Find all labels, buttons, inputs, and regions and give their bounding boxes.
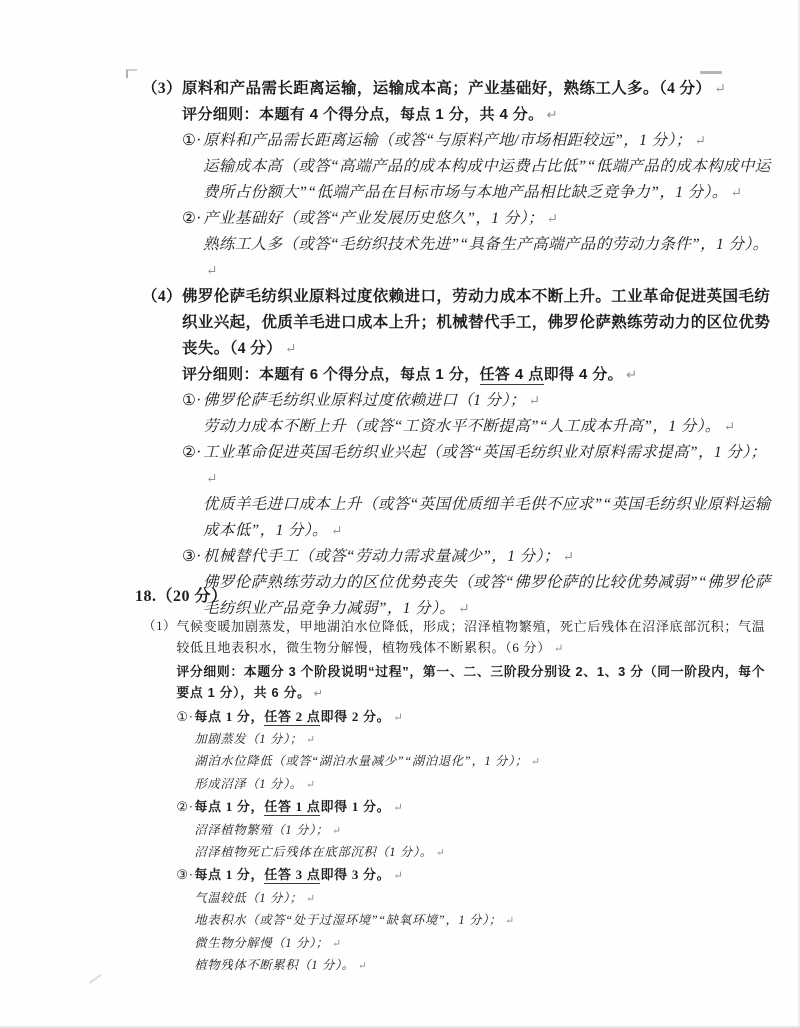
paragraph-mark: ↵ — [436, 847, 445, 859]
stage-3-item-text: 气温较低（1 分）； — [194, 891, 302, 905]
part-3-answer: 原料和产品需长距离运输，运输成本高；产业基础好，熟练工人多。（4 分）↵ — [182, 76, 774, 102]
part-3-point-2: ②· 产业基础好（或答“产业发展历史悠久”，1 分）；↵ 熟练工人多（或答“毛纺… — [182, 206, 774, 284]
stage-2-rule: 每点 1 分，任答 1 点即得 1 分。↵ — [194, 796, 775, 819]
paragraph-mark: ↵ — [563, 549, 574, 564]
part-4-body: 佛罗伦萨毛纺织业原料过度依赖进口，劳动力成本不断上升。工业革命促进英国毛纺织业兴… — [182, 284, 774, 622]
stage-3-item: 植物残体不断累积（1 分）。↵ — [194, 955, 775, 977]
stage-2-item-text: 沼泽植物死亡后残体在底部沉积（1 分）。 — [194, 845, 432, 859]
stage-3-marker: ③· — [176, 864, 194, 977]
point-2-line-b-text: 熟练工人多（或答“毛纺织技术先进”“具备生产高端产品的劳动力条件”，1 分）。 — [203, 236, 768, 253]
point-2-line-a-text: 产业基础好（或答“产业发展历史悠久”，1 分）； — [203, 210, 544, 227]
stage-1-item-text: 形成沼泽（1 分）。 — [194, 777, 302, 791]
stage-1-rule-underline: 任答 2 点 — [264, 709, 320, 726]
part-3-rubric: 评分细则：本题有 4 个得分点，每点 1 分，共 4 分。↵ — [182, 102, 774, 128]
paragraph-mark: ↵ — [332, 938, 341, 950]
stage-2-item-text: 沼泽植物繁殖（1 分）； — [194, 823, 328, 837]
paragraph-mark: ↵ — [547, 107, 558, 122]
point-1-line-a: 佛罗伦萨毛纺织业原料过度依赖进口（1 分）；↵ — [203, 388, 774, 414]
point-1-line-b: 劳动力成本不断上升（或答“工资水平不断提高”“人工成本升高”，1 分）。↵ — [203, 414, 774, 440]
stage-3-item: 气温较低（1 分）；↵ — [194, 888, 775, 910]
stage-2-body: 每点 1 分，任答 1 点即得 1 分。↵ 沼泽植物繁殖（1 分）；↵ 沼泽植物… — [194, 796, 775, 864]
stage-3-rule-underline: 任答 3 点 — [264, 867, 320, 884]
part-3-number: （3） — [142, 76, 182, 284]
paragraph-mark: ↵ — [393, 712, 403, 724]
point-1-line-b-text: 运输成本高（或答“高端产品的成本构成中运费占比低”“低端产品的成本构成中运费所占… — [203, 158, 771, 201]
stage-2-item: 沼泽植物繁殖（1 分）；↵ — [194, 820, 775, 842]
paragraph-mark: ↵ — [306, 893, 315, 905]
stage-2: ②· 每点 1 分，任答 1 点即得 1 分。↵ 沼泽植物繁殖（1 分）；↵ 沼… — [176, 796, 775, 864]
stage-2-marker: ②· — [176, 796, 194, 864]
paragraph-mark: ↵ — [306, 779, 315, 791]
stage-3-rule-post: 即得 3 分。 — [320, 867, 390, 882]
paragraph-mark: ↵ — [626, 367, 637, 382]
stage-2-rule-post: 即得 1 分。 — [320, 799, 390, 814]
paragraph-mark: ↵ — [206, 471, 217, 486]
stage-1-item-text: 加剧蒸发（1 分）； — [194, 732, 302, 746]
scanned-answer-key-page: （3） 原料和产品需长距离运输，运输成本高；产业基础好，熟练工人多。（4 分）↵… — [0, 0, 800, 1028]
point-2-line-b: 优质羊毛进口成本上升（或答“英国优质细羊毛供不应求”“英国毛纺织业原料运输成本低… — [203, 492, 774, 544]
point-2-body: 产业基础好（或答“产业发展历史悠久”，1 分）；↵ 熟练工人多（或答“毛纺织技术… — [203, 206, 774, 284]
point-1-marker: ①· — [182, 388, 203, 440]
part-3: （3） 原料和产品需长距离运输，运输成本高；产业基础好，熟练工人多。（4 分）↵… — [142, 76, 774, 284]
point-1-line-a-text: 佛罗伦萨毛纺织业原料过度依赖进口（1 分）； — [203, 392, 526, 409]
question-18-section: 18.（20 分） （1） 气候变暖加剧蒸发，甲地湖泊水位降低，形成；沼泽植物繁… — [135, 584, 775, 978]
part-4-answer-text: 佛罗伦萨毛纺织业原料过度依赖进口，劳动力成本不断上升。工业革命促进英国毛纺织业兴… — [182, 288, 770, 357]
part-1-rubric: 评分细则：本题分 3 个阶段说明“过程”，第一、二、三阶段分别设 2、1、3 分… — [176, 661, 775, 706]
stage-3: ③· 每点 1 分，任答 3 点即得 3 分。↵ 气温较低（1 分）；↵ 地表积… — [176, 864, 775, 977]
point-1-marker: ①· — [182, 128, 203, 206]
stage-2-rule-pre: 每点 1 分， — [194, 799, 264, 814]
part-4-rubric-post: 即得 4 分。 — [544, 366, 623, 383]
stage-1-item: 湖泊水位降低（或答“湖泊水量减少”“湖泊退化”，1 分）；↵ — [194, 751, 775, 773]
point-1-body: 原料和产品需长距离运输（或答“与原料产地/市场相距较远”，1 分）；↵ 运输成本… — [203, 128, 774, 206]
stage-2-rule-underline: 任答 1 点 — [264, 799, 320, 816]
point-1-line-a: 原料和产品需长距离运输（或答“与原料产地/市场相距较远”，1 分）；↵ — [203, 128, 774, 154]
part-4-rubric-underline: 任答 4 点 — [480, 366, 544, 385]
paragraph-mark: ↵ — [731, 185, 742, 200]
point-2-line-b: 熟练工人多（或答“毛纺织技术先进”“具备生产高端产品的劳动力条件”，1 分）。↵ — [203, 232, 774, 284]
stage-3-body: 每点 1 分，任答 3 点即得 3 分。↵ 气温较低（1 分）；↵ 地表积水（或… — [194, 864, 775, 977]
stage-2-item: 沼泽植物死亡后残体在底部沉积（1 分）。↵ — [194, 842, 775, 864]
stage-1-body: 每点 1 分，任答 2 点即得 2 分。↵ 加剧蒸发（1 分）；↵ 湖泊水位降低… — [194, 706, 775, 797]
paragraph-mark: ↵ — [393, 802, 403, 814]
part-1-body: 气候变暖加剧蒸发，甲地湖泊水位降低，形成；沼泽植物繁殖，死亡后残体在沼泽底部沉积… — [176, 616, 775, 978]
paragraph-mark: ↵ — [531, 756, 540, 768]
point-3-line-a-text: 机械替代手工（或答“劳动力需求量减少”，1 分）； — [203, 548, 560, 565]
part-1-number: （1） — [143, 616, 176, 978]
paragraph-mark: ↵ — [285, 341, 296, 356]
stage-3-item: 微生物分解慢（1 分）；↵ — [194, 933, 775, 955]
part-3-rubric-text: 评分细则：本题有 4 个得分点，每点 1 分，共 4 分。 — [182, 106, 544, 123]
point-2-marker: ②· — [182, 440, 203, 544]
paragraph-mark: ↵ — [332, 825, 341, 837]
stage-3-item-text: 微生物分解慢（1 分）； — [194, 936, 328, 950]
paragraph-mark: ↵ — [206, 263, 217, 278]
point-1-body: 佛罗伦萨毛纺织业原料过度依赖进口（1 分）；↵ 劳动力成本不断上升（或答“工资水… — [203, 388, 774, 440]
part-4-rubric-pre: 评分细则：本题有 6 个得分点，每点 1 分， — [182, 366, 480, 383]
stage-1: ①· 每点 1 分，任答 2 点即得 2 分。↵ 加剧蒸发（1 分）；↵ 湖泊水… — [176, 706, 775, 797]
part-4-point-1: ①· 佛罗伦萨毛纺织业原料过度依赖进口（1 分）；↵ 劳动力成本不断上升（或答“… — [182, 388, 774, 440]
paragraph-mark: ↵ — [554, 643, 564, 655]
part-3-point-1: ①· 原料和产品需长距离运输（或答“与原料产地/市场相距较远”，1 分）；↵ 运… — [182, 128, 774, 206]
part-1-answer: 气候变暖加剧蒸发，甲地湖泊水位降低，形成；沼泽植物繁殖，死亡后残体在沼泽底部沉积… — [176, 616, 775, 661]
point-2-line-a: 工业革命促进英国毛纺织业兴起（或答“英国毛纺织业对原料需求提高”，1 分）；↵ — [203, 440, 774, 492]
part-4: （4） 佛罗伦萨毛纺织业原料过度依赖进口，劳动力成本不断上升。工业革命促进英国毛… — [142, 284, 774, 622]
scan-artifact-scratch — [89, 974, 102, 984]
stage-1-rule: 每点 1 分，任答 2 点即得 2 分。↵ — [194, 706, 775, 729]
point-2-marker: ②· — [182, 206, 203, 284]
point-1-line-b-text: 劳动力成本不断上升（或答“工资水平不断提高”“人工成本升高”，1 分）。 — [203, 418, 721, 435]
stage-3-item-text: 植物残体不断累积（1 分）。 — [194, 958, 354, 972]
stage-1-marker: ①· — [176, 706, 194, 797]
part-1-answer-text: 气候变暖加剧蒸发，甲地湖泊水位降低，形成；沼泽植物繁殖，死亡后残体在沼泽底部沉积… — [176, 619, 765, 655]
point-1-line-b: 运输成本高（或答“高端产品的成本构成中运费占比低”“低端产品的成本构成中运费所占… — [203, 154, 774, 206]
part-4-rubric: 评分细则：本题有 6 个得分点，每点 1 分，任答 4 点即得 4 分。↵ — [182, 362, 774, 388]
part-4-number: （4） — [142, 284, 182, 622]
stage-1-item-text: 湖泊水位降低（或答“湖泊水量减少”“湖泊退化”，1 分）； — [194, 754, 528, 768]
point-3-line-a: 机械替代手工（或答“劳动力需求量减少”，1 分）；↵ — [203, 544, 774, 570]
stage-1-item: 加剧蒸发（1 分）；↵ — [194, 729, 775, 751]
paragraph-mark: ↵ — [505, 915, 514, 927]
paragraph-mark: ↵ — [714, 81, 725, 96]
point-2-line-a: 产业基础好（或答“产业发展历史悠久”，1 分）；↵ — [203, 206, 774, 232]
paragraph-mark: ↵ — [314, 688, 323, 700]
part-3-answer-text: 原料和产品需长距离运输，运输成本高；产业基础好，熟练工人多。（4 分） — [182, 80, 711, 97]
scan-artifact-corner-mark — [126, 69, 137, 78]
paragraph-mark: ↵ — [694, 133, 705, 148]
paragraph-mark: ↵ — [306, 734, 315, 746]
part-1-rubric-text: 评分细则：本题分 3 个阶段说明“过程”，第一、二、三阶段分别设 2、1、3 分… — [176, 664, 765, 700]
paragraph-mark: ↵ — [358, 960, 367, 972]
part-4-point-2: ②· 工业革命促进英国毛纺织业兴起（或答“英国毛纺织业对原料需求提高”，1 分）… — [182, 440, 774, 544]
point-2-line-b-text: 优质羊毛进口成本上升（或答“英国优质细羊毛供不应求”“英国毛纺织业原料运输成本低… — [203, 496, 771, 539]
paragraph-mark: ↵ — [393, 870, 403, 882]
point-2-body: 工业革命促进英国毛纺织业兴起（或答“英国毛纺织业对原料需求提高”，1 分）；↵ … — [203, 440, 774, 544]
paragraph-mark: ↵ — [529, 393, 540, 408]
part-1: （1） 气候变暖加剧蒸发，甲地湖泊水位降低，形成；沼泽植物繁殖，死亡后残体在沼泽… — [143, 616, 775, 978]
stage-1-rule-post: 即得 2 分。 — [320, 709, 390, 724]
paragraph-mark: ↵ — [547, 211, 558, 226]
stage-1-item: 形成沼泽（1 分）。↵ — [194, 774, 775, 796]
stage-1-rule-pre: 每点 1 分， — [194, 709, 264, 724]
paragraph-mark: ↵ — [331, 523, 342, 538]
stage-3-rule: 每点 1 分，任答 3 点即得 3 分。↵ — [194, 864, 775, 887]
question-18-heading: 18.（20 分） — [135, 584, 775, 610]
part-4-answer: 佛罗伦萨毛纺织业原料过度依赖进口，劳动力成本不断上升。工业革命促进英国毛纺织业兴… — [182, 284, 774, 362]
point-2-line-a-text: 工业革命促进英国毛纺织业兴起（或答“英国毛纺织业对原料需求提高”，1 分）； — [203, 444, 766, 461]
question-17-section: （3） 原料和产品需长距离运输，运输成本高；产业基础好，熟练工人多。（4 分）↵… — [142, 76, 774, 622]
stage-3-item-text: 地表积水（或答“处于过湿环境”“缺氧环境”，1 分）； — [194, 913, 502, 927]
stage-3-rule-pre: 每点 1 分， — [194, 867, 264, 882]
part-3-body: 原料和产品需长距离运输，运输成本高；产业基础好，熟练工人多。（4 分）↵ 评分细… — [182, 76, 774, 284]
scan-artifact-dash — [700, 71, 722, 74]
paragraph-mark: ↵ — [724, 419, 735, 434]
point-1-line-a-text: 原料和产品需长距离运输（或答“与原料产地/市场相距较远”，1 分）； — [203, 132, 692, 149]
stage-3-item: 地表积水（或答“处于过湿环境”“缺氧环境”，1 分）；↵ — [194, 910, 775, 932]
